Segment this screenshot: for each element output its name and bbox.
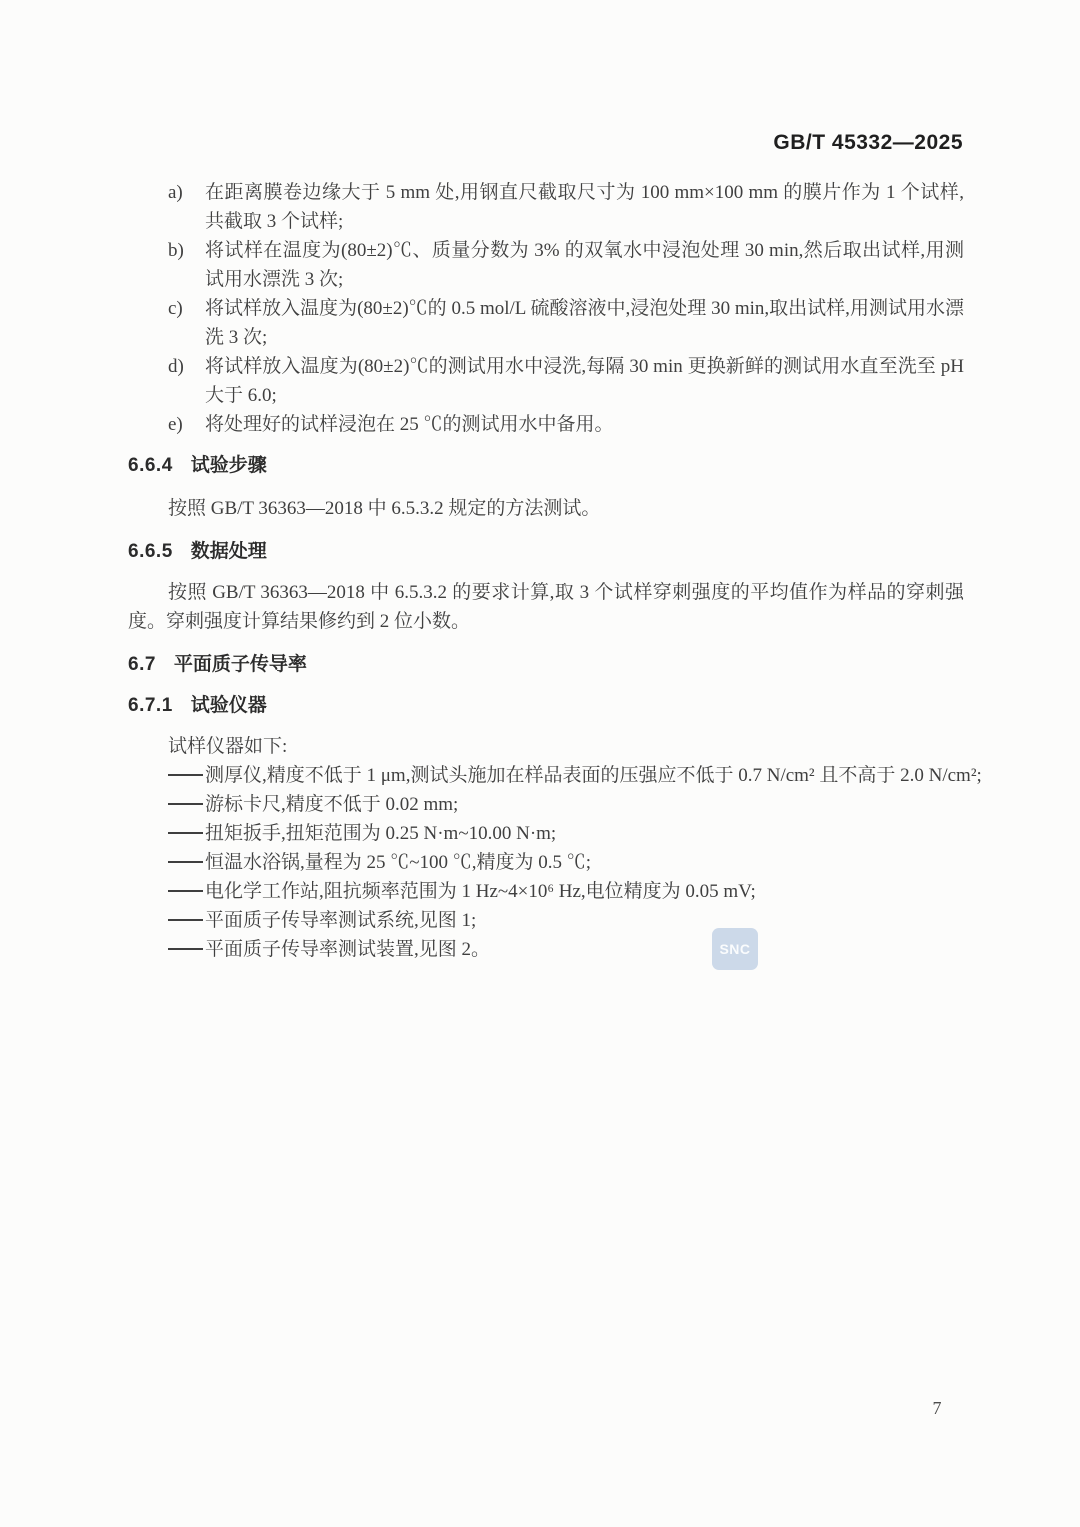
list-item-text: 将试样在温度为(80±2)℃、质量分数为 3% 的双氧水中浸泡处理 30 min…: [205, 240, 964, 290]
instrument-text: 游标卡尺,精度不低于 0.02 mm;: [205, 794, 458, 815]
watermark-badge: SNC: [712, 928, 758, 970]
list-item: a) 在距离膜卷边缘大于 5 mm 处,用钢直尺截取尺寸为 100 mm×100…: [128, 178, 964, 236]
instrument-item: 测厚仪,精度不低于 1 μm,测试头施加在样品表面的压强应不低于 0.7 N/c…: [128, 761, 964, 790]
procedure-list: a) 在距离膜卷边缘大于 5 mm 处,用钢直尺截取尺寸为 100 mm×100…: [128, 178, 964, 439]
instrument-text: 恒温水浴锅,量程为 25 ℃~100 ℃,精度为 0.5 ℃;: [205, 852, 591, 873]
em-dash-icon: [168, 774, 203, 776]
list-item-text: 将处理好的试样浸泡在 25 ℃的测试用水中备用。: [205, 414, 614, 435]
section-heading-664: 6.6.4试验步骤: [128, 451, 964, 480]
section-number: 6.7.1: [128, 695, 173, 716]
instrument-text: 测厚仪,精度不低于 1 μm,测试头施加在样品表面的压强应不低于 0.7 N/c…: [205, 765, 982, 786]
instrument-intro: 试样仪器如下:: [128, 732, 964, 761]
section-title: 试验步骤: [191, 455, 267, 476]
list-item: b) 将试样在温度为(80±2)℃、质量分数为 3% 的双氧水中浸泡处理 30 …: [128, 236, 964, 294]
section-title: 试验仪器: [191, 695, 267, 716]
em-dash-icon: [168, 832, 203, 834]
instrument-text: 平面质子传导率测试装置,见图 2。: [205, 939, 490, 960]
em-dash-icon: [168, 803, 203, 805]
list-item-label: a): [168, 178, 183, 207]
section-title: 平面质子传导率: [174, 654, 307, 675]
list-item-label: e): [168, 410, 183, 439]
document-content: a) 在距离膜卷边缘大于 5 mm 处,用钢直尺截取尺寸为 100 mm×100…: [128, 178, 964, 964]
instrument-item: 平面质子传导率测试装置,见图 2。: [128, 935, 964, 964]
instrument-item: 游标卡尺,精度不低于 0.02 mm;: [128, 790, 964, 819]
document-page: GB/T 45332—2025 a) 在距离膜卷边缘大于 5 mm 处,用钢直尺…: [0, 0, 1080, 1527]
section-paragraph: 按照 GB/T 36363—2018 中 6.5.3.2 规定的方法测试。: [128, 494, 964, 523]
list-item: c) 将试样放入温度为(80±2)℃的 0.5 mol/L 硫酸溶液中,浸泡处理…: [128, 294, 964, 352]
list-item-text: 将试样放入温度为(80±2)℃的测试用水中浸洗,每隔 30 min 更换新鲜的测…: [205, 356, 964, 406]
section-paragraph: 按照 GB/T 36363—2018 中 6.5.3.2 的要求计算,取 3 个…: [128, 578, 964, 636]
section-heading-665: 6.6.5数据处理: [128, 537, 964, 566]
section-title: 数据处理: [191, 541, 267, 562]
instrument-item: 电化学工作站,阻抗频率范围为 1 Hz~4×10⁶ Hz,电位精度为 0.05 …: [128, 877, 964, 906]
em-dash-icon: [168, 890, 203, 892]
instrument-text: 电化学工作站,阻抗频率范围为 1 Hz~4×10⁶ Hz,电位精度为 0.05 …: [205, 881, 756, 902]
list-item-text: 在距离膜卷边缘大于 5 mm 处,用钢直尺截取尺寸为 100 mm×100 mm…: [205, 182, 964, 232]
instrument-text: 扭矩扳手,扭矩范围为 0.25 N·m~10.00 N·m;: [205, 823, 556, 844]
section-heading-671: 6.7.1试验仪器: [128, 691, 964, 720]
em-dash-icon: [168, 861, 203, 863]
section-number: 6.6.5: [128, 541, 173, 562]
list-item-text: 将试样放入温度为(80±2)℃的 0.5 mol/L 硫酸溶液中,浸泡处理 30…: [205, 298, 964, 348]
list-item: e) 将处理好的试样浸泡在 25 ℃的测试用水中备用。: [128, 410, 964, 439]
list-item-label: c): [168, 294, 183, 323]
standard-number-header: GB/T 45332—2025: [773, 131, 963, 155]
instrument-item: 恒温水浴锅,量程为 25 ℃~100 ℃,精度为 0.5 ℃;: [128, 848, 964, 877]
instrument-item: 扭矩扳手,扭矩范围为 0.25 N·m~10.00 N·m;: [128, 819, 964, 848]
instrument-item: 平面质子传导率测试系统,见图 1;: [128, 906, 964, 935]
section-number: 6.6.4: [128, 455, 173, 476]
page-number: 7: [922, 1398, 952, 1419]
list-item-label: b): [168, 236, 184, 265]
section-heading-67: 6.7平面质子传导率: [128, 650, 964, 679]
section-number: 6.7: [128, 654, 156, 675]
list-item-label: d): [168, 352, 184, 381]
instrument-list: 测厚仪,精度不低于 1 μm,测试头施加在样品表面的压强应不低于 0.7 N/c…: [128, 761, 964, 964]
list-item: d) 将试样放入温度为(80±2)℃的测试用水中浸洗,每隔 30 min 更换新…: [128, 352, 964, 410]
instrument-text: 平面质子传导率测试系统,见图 1;: [205, 910, 476, 931]
em-dash-icon: [168, 948, 203, 950]
em-dash-icon: [168, 919, 203, 921]
